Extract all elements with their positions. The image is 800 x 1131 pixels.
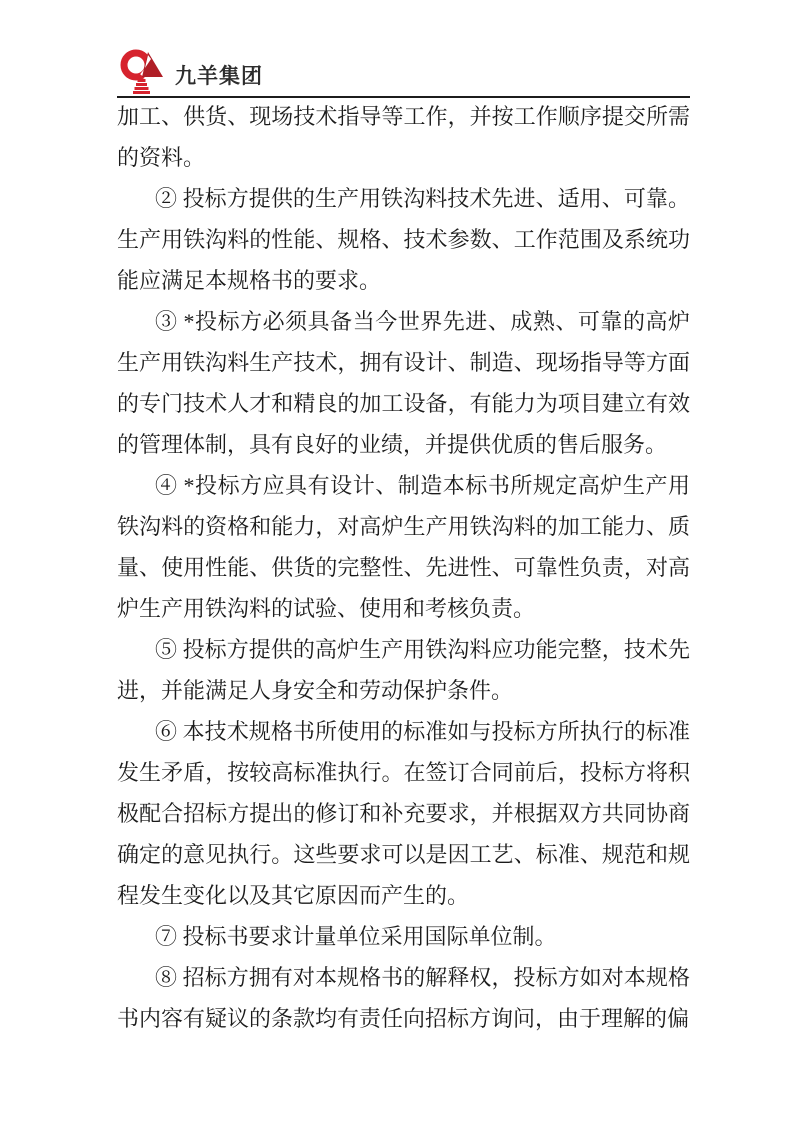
paragraph-item-5: ⑤ 投标方提供的高炉生产用铁沟料应功能完整，技术先进，并能满足人身安全和劳动保护…: [117, 629, 690, 711]
company-name: 九羊集团: [175, 52, 263, 90]
company-brand: 九羊集团: [117, 46, 690, 96]
paragraph-item-2: ② 投标方提供的生产用铁沟料技术先进、适用、可靠。生产用铁沟料的性能、规格、技术…: [117, 178, 690, 301]
paragraph-continuation: 加工、供货、现场技术指导等工作，并按工作顺序提交所需的资料。: [117, 96, 690, 178]
document-page: 九羊集团 加工、供货、现场技术指导等工作，并按工作顺序提交所需的资料。 ② 投标…: [0, 0, 800, 1131]
paragraph-item-8: ⑧ 招标方拥有对本规格书的解释权，投标方如对本规格书内容有疑议的条款均有责任向招…: [117, 957, 690, 1039]
paragraph-item-3: ③ *投标方必须具备当今世界先进、成熟、可靠的高炉生产用铁沟料生产技术，拥有设计…: [117, 301, 690, 465]
paragraph-item-4: ④ *投标方应具有设计、制造本标书所规定高炉生产用铁沟料的资格和能力，对高炉生产…: [117, 465, 690, 629]
ram-logo-icon: [117, 46, 169, 96]
paragraph-item-6: ⑥ 本技术规格书所使用的标准如与投标方所执行的标准发生矛盾，按较高标准执行。在签…: [117, 711, 690, 916]
document-body: 加工、供货、现场技术指导等工作，并按工作顺序提交所需的资料。 ② 投标方提供的生…: [117, 96, 690, 1039]
paragraph-item-7: ⑦ 投标书要求计量单位采用国际单位制。: [117, 916, 690, 957]
